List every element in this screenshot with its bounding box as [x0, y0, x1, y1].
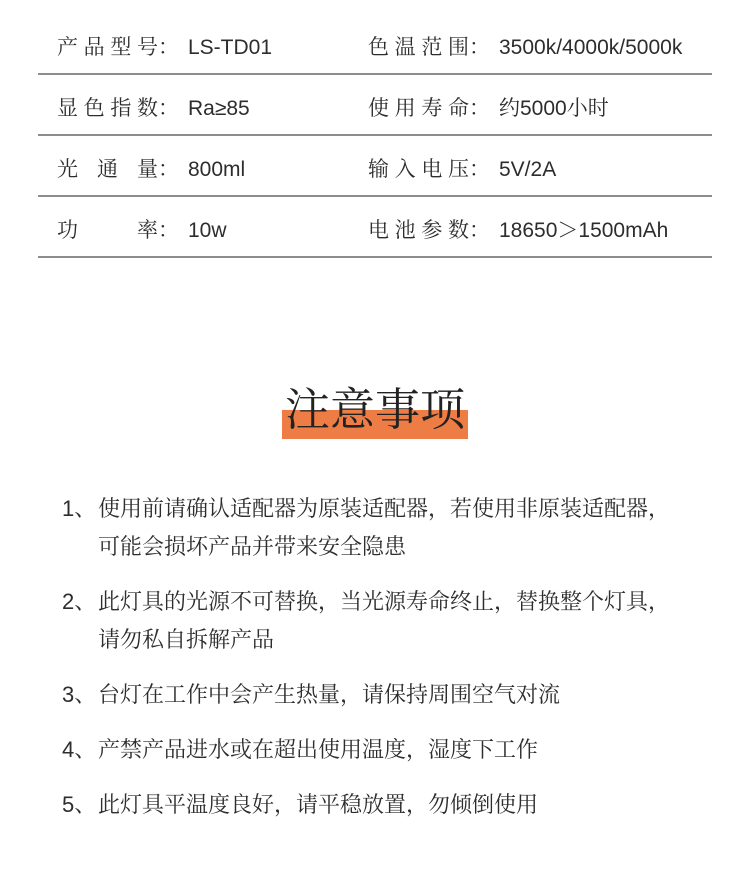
note-line: 可能会损坏产品并带来安全隐患: [98, 528, 670, 566]
spec-row-3: 光通量：800ml 输入电压：5V/2A: [38, 136, 712, 197]
spec-value: 5V/2A: [499, 158, 556, 182]
spec-label: 光通量: [57, 153, 158, 183]
spec-label: 产品型号: [57, 31, 158, 61]
note-item-3: 3、 台灯在工作中会产生热量，请保持周围空气对流: [62, 676, 720, 714]
product-spec-page: 产品型号：LS-TD01 色温范围：3500k/4000k/5000k 显色指数…: [0, 0, 750, 875]
spec-colon: ：: [469, 92, 490, 122]
note-item-2: 2、 此灯具的光源不可替换，当光源寿命终止，替换整个灯具， 请勿私自拆解产品: [62, 583, 720, 659]
spec-colon: ：: [469, 214, 490, 244]
spec-value: 3500k/4000k/5000k: [499, 36, 682, 60]
note-text: 此灯具平温度良好，请平稳放置，勿倾倒使用: [98, 786, 538, 824]
spec-value: 800ml: [188, 158, 245, 182]
notes-title-wrap: 注意事项: [0, 383, 750, 436]
note-text: 产禁产品进水或在超出使用温度，湿度下工作: [98, 731, 538, 769]
spec-label: 输入电压: [368, 153, 469, 183]
spec-colon: ：: [158, 31, 179, 61]
spec-value: 约5000小时: [499, 92, 609, 122]
note-line: 台灯在工作中会产生热量，请保持周围空气对流: [98, 676, 560, 714]
note-line: 此灯具平温度良好，请平稳放置，勿倾倒使用: [98, 786, 538, 824]
spec-row-1: 产品型号：LS-TD01 色温范围：3500k/4000k/5000k: [38, 14, 712, 75]
note-number: 1、: [62, 490, 98, 566]
note-number: 4、: [62, 731, 98, 769]
notes-title-text: 注意事项: [285, 384, 465, 435]
spec-value: 10w: [188, 219, 227, 243]
note-text: 此灯具的光源不可替换，当光源寿命终止，替换整个灯具， 请勿私自拆解产品: [98, 583, 670, 659]
note-item-1: 1、 使用前请确认适配器为原装适配器，若使用非原装适配器， 可能会损坏产品并带来…: [62, 490, 720, 566]
spec-cell-input-voltage: 输入电压：5V/2A: [368, 153, 712, 183]
note-line: 请勿私自拆解产品: [98, 621, 670, 659]
spec-label: 色温范围: [368, 31, 469, 61]
notes-list: 1、 使用前请确认适配器为原装适配器，若使用非原装适配器， 可能会损坏产品并带来…: [0, 490, 750, 824]
note-line: 产禁产品进水或在超出使用温度，湿度下工作: [98, 731, 538, 769]
spec-cell-luminous-flux: 光通量：800ml: [38, 153, 368, 183]
spec-label: 显色指数: [57, 92, 158, 122]
spec-row-2: 显色指数：Ra≥85 使用寿命：约5000小时: [38, 75, 712, 136]
spec-value: 18650＞1500mAh: [499, 214, 668, 244]
spec-cell-battery: 电池参数：18650＞1500mAh: [368, 214, 712, 244]
note-number: 5、: [62, 786, 98, 824]
spec-colon: ：: [158, 153, 179, 183]
note-item-5: 5、 此灯具平温度良好，请平稳放置，勿倾倒使用: [62, 786, 720, 824]
note-number: 3、: [62, 676, 98, 714]
note-text: 使用前请确认适配器为原装适配器，若使用非原装适配器， 可能会损坏产品并带来安全隐…: [98, 490, 670, 566]
spec-cell-lifespan: 使用寿命：约5000小时: [368, 92, 712, 122]
spec-value: LS-TD01: [188, 36, 272, 60]
spec-value: Ra≥85: [188, 97, 250, 121]
spec-label: 电池参数: [368, 214, 469, 244]
spec-row-4: 功率：10w 电池参数：18650＞1500mAh: [38, 197, 712, 258]
spec-colon: ：: [158, 214, 179, 244]
spec-label: 功率: [57, 214, 158, 244]
spec-cell-color-temp: 色温范围：3500k/4000k/5000k: [368, 31, 712, 61]
notes-title: 注意事项: [285, 383, 465, 436]
spec-cell-cri: 显色指数：Ra≥85: [38, 92, 368, 122]
spec-cell-power: 功率：10w: [38, 214, 368, 244]
note-line: 使用前请确认适配器为原装适配器，若使用非原装适配器，: [98, 490, 670, 528]
note-line: 此灯具的光源不可替换，当光源寿命终止，替换整个灯具，: [98, 583, 670, 621]
spec-table: 产品型号：LS-TD01 色温范围：3500k/4000k/5000k 显色指数…: [38, 14, 712, 258]
note-item-4: 4、 产禁产品进水或在超出使用温度，湿度下工作: [62, 731, 720, 769]
spec-colon: ：: [469, 31, 490, 61]
note-number: 2、: [62, 583, 98, 659]
spec-label: 使用寿命: [368, 92, 469, 122]
spec-colon: ：: [158, 92, 179, 122]
note-text: 台灯在工作中会产生热量，请保持周围空气对流: [98, 676, 560, 714]
spec-colon: ：: [469, 153, 490, 183]
spec-cell-model: 产品型号：LS-TD01: [38, 31, 368, 61]
